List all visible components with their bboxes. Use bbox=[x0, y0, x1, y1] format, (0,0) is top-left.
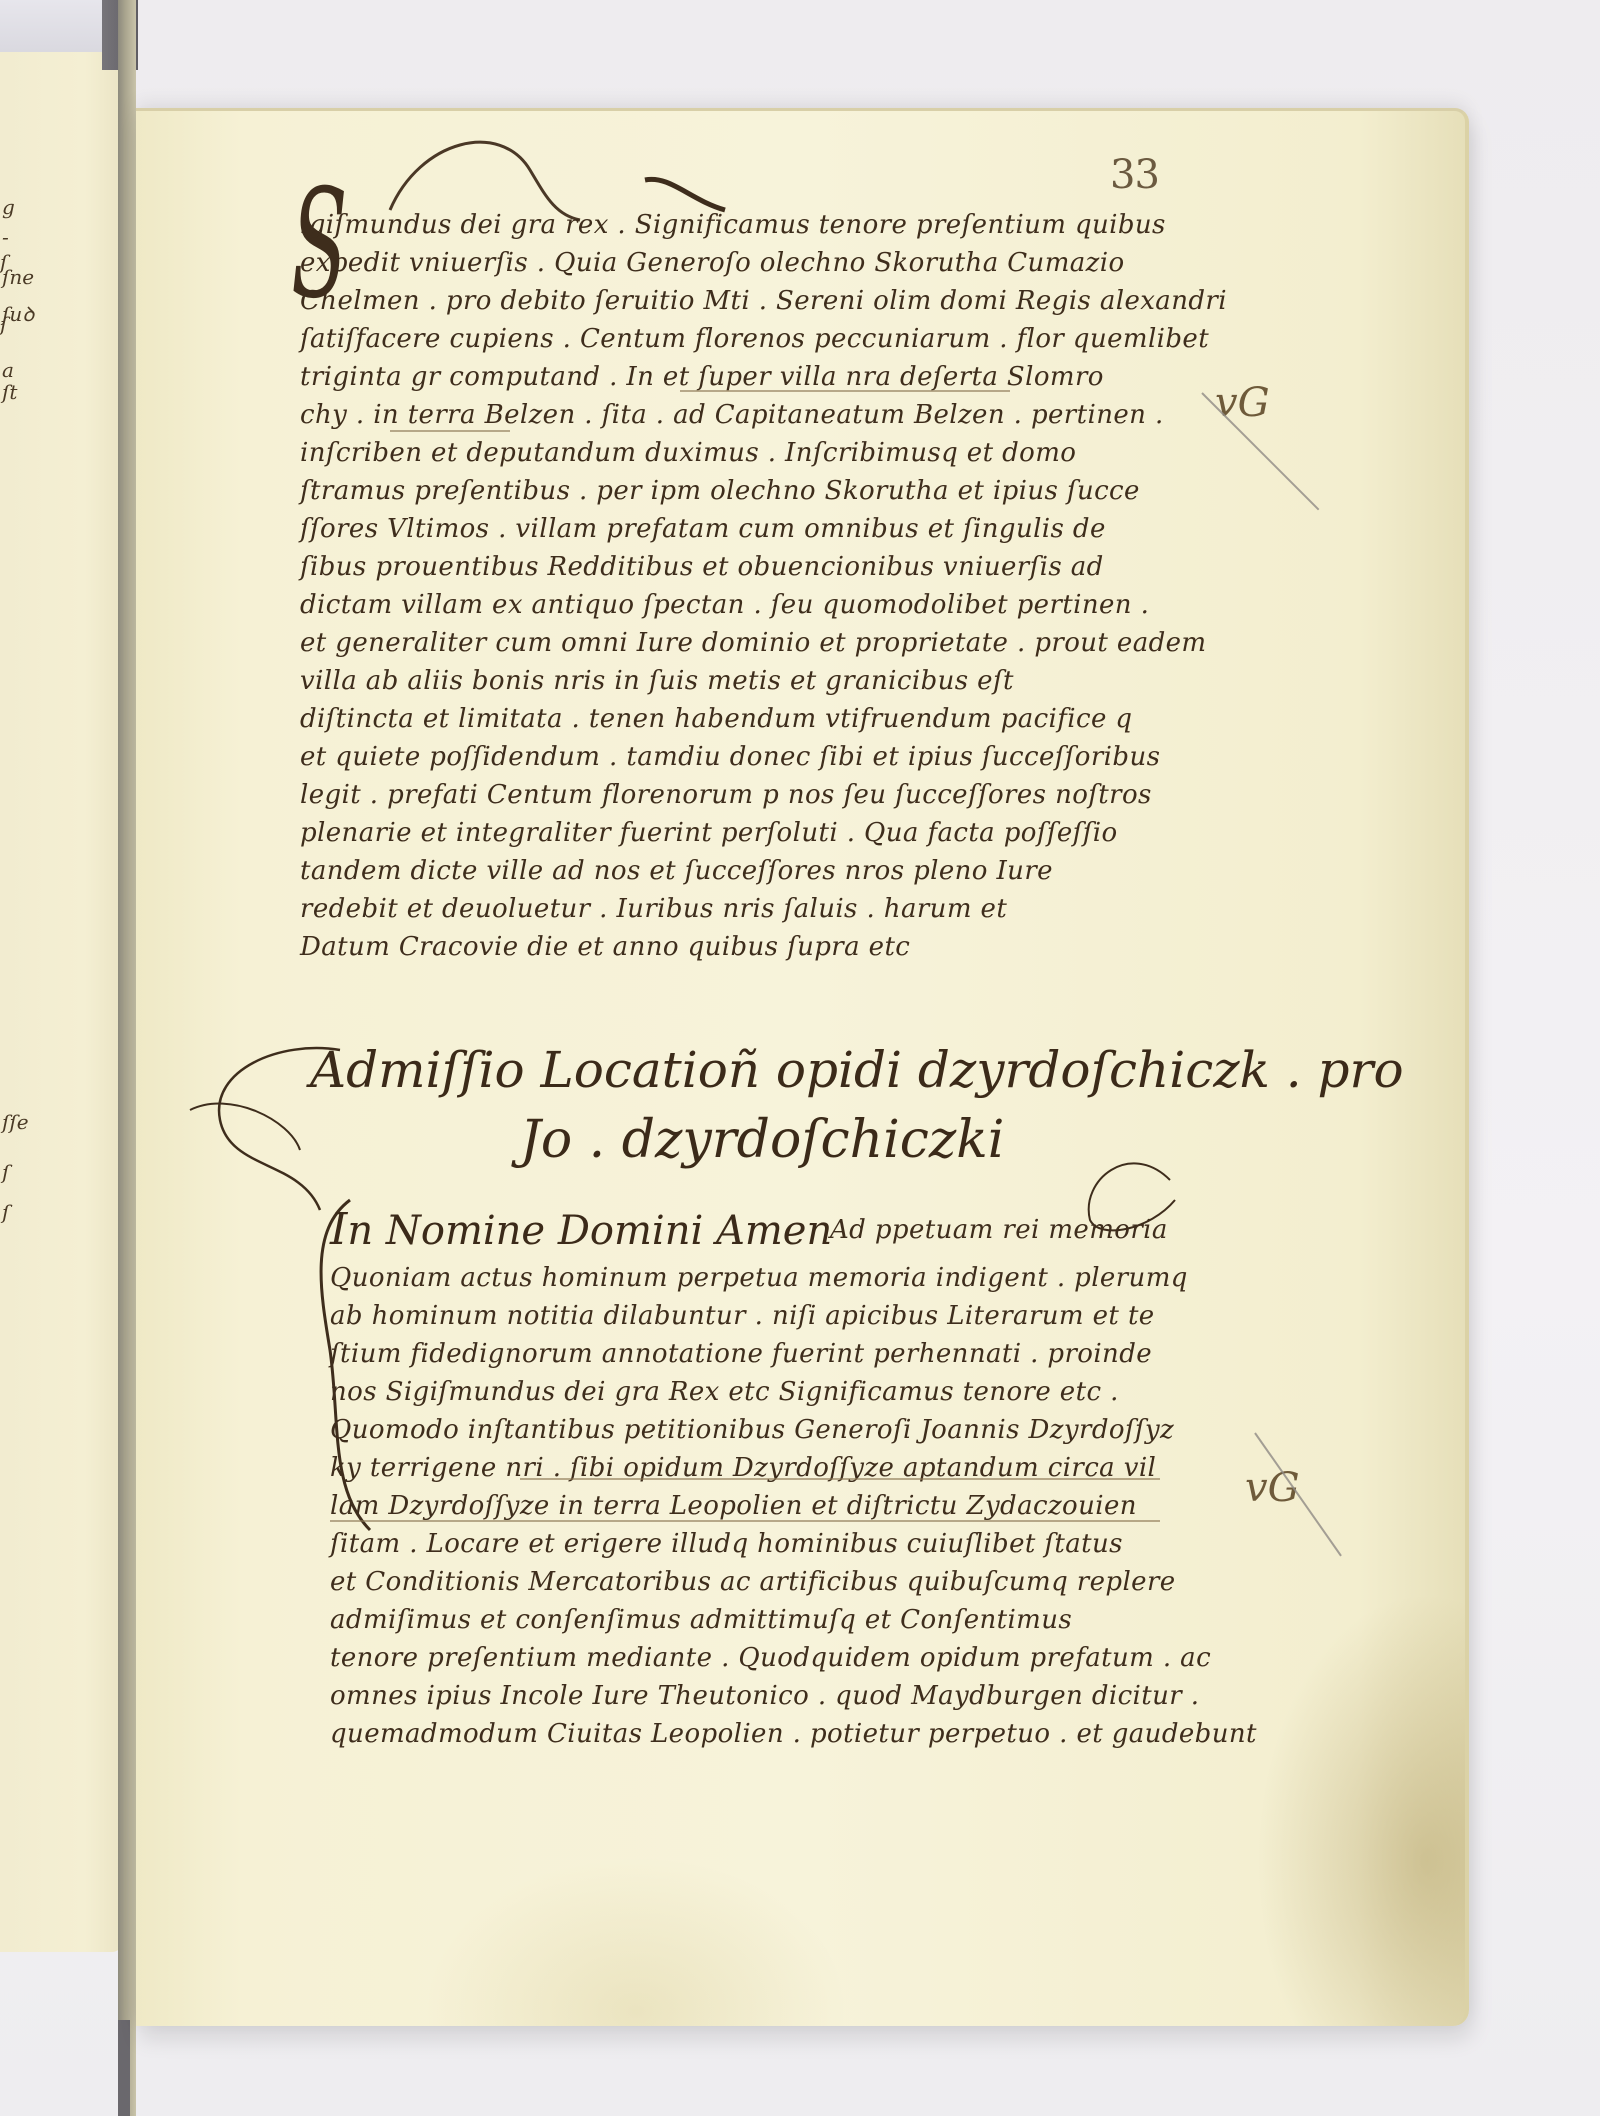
underline-rule bbox=[330, 1520, 1160, 1522]
text-line: legit . prefati Centum florenorum p nos … bbox=[300, 780, 1152, 810]
text-line: lam Dzyrdoſſyze in terra Leopolien et di… bbox=[330, 1491, 1137, 1521]
text-line: ſſores Vltimos . villam prefatam cum omn… bbox=[300, 514, 1106, 544]
text-line: tandem dicte ville ad nos et ſucceſſores… bbox=[300, 856, 1053, 886]
text-line: et generaliter cum omni Iure dominio et … bbox=[300, 628, 1206, 658]
text-line: Chelmen . pro debito ſeruitio Mti . Sere… bbox=[300, 286, 1227, 316]
text-line: chy . in terra Belzen . ſita . ad Capita… bbox=[300, 400, 1164, 430]
text-line: et quiete poſſidendum . tamdiu donec ſib… bbox=[300, 742, 1160, 772]
text-line: ſtium fidedignorum annotatione fuerint p… bbox=[330, 1339, 1152, 1369]
text-line: Ad ppetuam rei memoria bbox=[830, 1215, 1168, 1245]
text-line: ſtramus preſentibus . per ipm olechno Sk… bbox=[300, 476, 1140, 506]
section-heading-line-1: Admiſſio Locatioñ opidi dzyrdoſchiczk . … bbox=[310, 1040, 1404, 1100]
text-line: villa ab aliis bonis nris in ſuis metis … bbox=[300, 666, 1014, 696]
left-margin-fragment: ſ bbox=[2, 1202, 32, 1222]
text-line: nos Sigiſmundus dei gra Rex etc Signific… bbox=[330, 1377, 1119, 1407]
text-line: diſtincta et limitata . tenen habendum v… bbox=[300, 704, 1132, 734]
underline-rule bbox=[520, 1478, 1160, 1480]
underline-rule bbox=[680, 390, 1010, 392]
left-margin-fragment: ſſe bbox=[2, 1112, 32, 1132]
binding-gutter bbox=[118, 0, 136, 2116]
left-page-edge: g - ſ ſne ſ ſuꝺ a ſt ſſe ſ ſ bbox=[0, 52, 122, 1952]
text-line: triginta gr computand . In et ſuper vill… bbox=[300, 362, 1104, 392]
text-line: et Conditionis Mercatoribus ac artificib… bbox=[330, 1567, 1176, 1597]
invocation-text: n Nomine Domini Amen bbox=[347, 1208, 832, 1254]
text-line: omnes ipius Incole Iure Theutonico . quo… bbox=[330, 1681, 1199, 1711]
text-line: redebit et deuoluetur . Iuribus nris ſal… bbox=[300, 894, 1007, 924]
left-margin-fragment: g bbox=[2, 197, 32, 217]
underline-rule bbox=[390, 430, 510, 432]
text-line: admiſimus et conſenſimus admittimuſq et … bbox=[330, 1605, 1072, 1635]
left-margin-fragment: a bbox=[2, 360, 32, 380]
text-line: ſatiſfacere cupiens . Centum florenos pe… bbox=[300, 324, 1209, 354]
invocation-opening: In Nomine Domini Amen bbox=[330, 1208, 832, 1253]
marginal-note: vG bbox=[1215, 380, 1270, 426]
left-margin-fragment: ſ bbox=[2, 1162, 32, 1182]
text-line: expedit vniuerſis . Quia Generoſo olechn… bbox=[300, 248, 1125, 278]
text-line: quemadmodum Ciuitas Leopolien . potietur… bbox=[330, 1719, 1257, 1749]
text-line: ſitam . Locare et erigere illudq hominib… bbox=[330, 1529, 1123, 1559]
text-line: ſibus prouentibus Redditibus et obuencio… bbox=[300, 552, 1104, 582]
text-line: tenore preſentium mediante . Quodquidem … bbox=[330, 1643, 1211, 1673]
text-line: ab hominum notitia dilabuntur . niſi api… bbox=[330, 1301, 1155, 1331]
text-line: dictam villam ex antiquo ſpectan . ſeu q… bbox=[300, 590, 1149, 620]
section-heading-line-2: Jo . dzyrdoſchiczki bbox=[520, 1110, 1004, 1170]
text-line: Quomodo inſtantibus petitionibus Generoſ… bbox=[330, 1415, 1174, 1445]
text-line: igiſmundus dei gra rex . Significamus te… bbox=[300, 210, 1166, 240]
left-margin-fragment: - bbox=[2, 227, 32, 247]
binding-gutter-bottom bbox=[118, 2020, 130, 2116]
text-line: Quoniam actus hominum perpetua memoria i… bbox=[330, 1263, 1188, 1293]
decorated-initial-i: I bbox=[330, 1204, 347, 1255]
text-line: plenarie et integraliter fuerint perſolu… bbox=[300, 818, 1118, 848]
folio-number: 33 bbox=[1110, 152, 1159, 198]
text-line: inſcriben et deputandum duximus . Inſcri… bbox=[300, 438, 1076, 468]
left-margin-fragment: ſuꝺ bbox=[2, 304, 32, 324]
left-margin-fragment: ſne bbox=[2, 267, 32, 287]
left-margin-fragment: ſt bbox=[2, 382, 32, 402]
text-line: Datum Cracovie die et anno quibus ſupra … bbox=[300, 932, 910, 962]
